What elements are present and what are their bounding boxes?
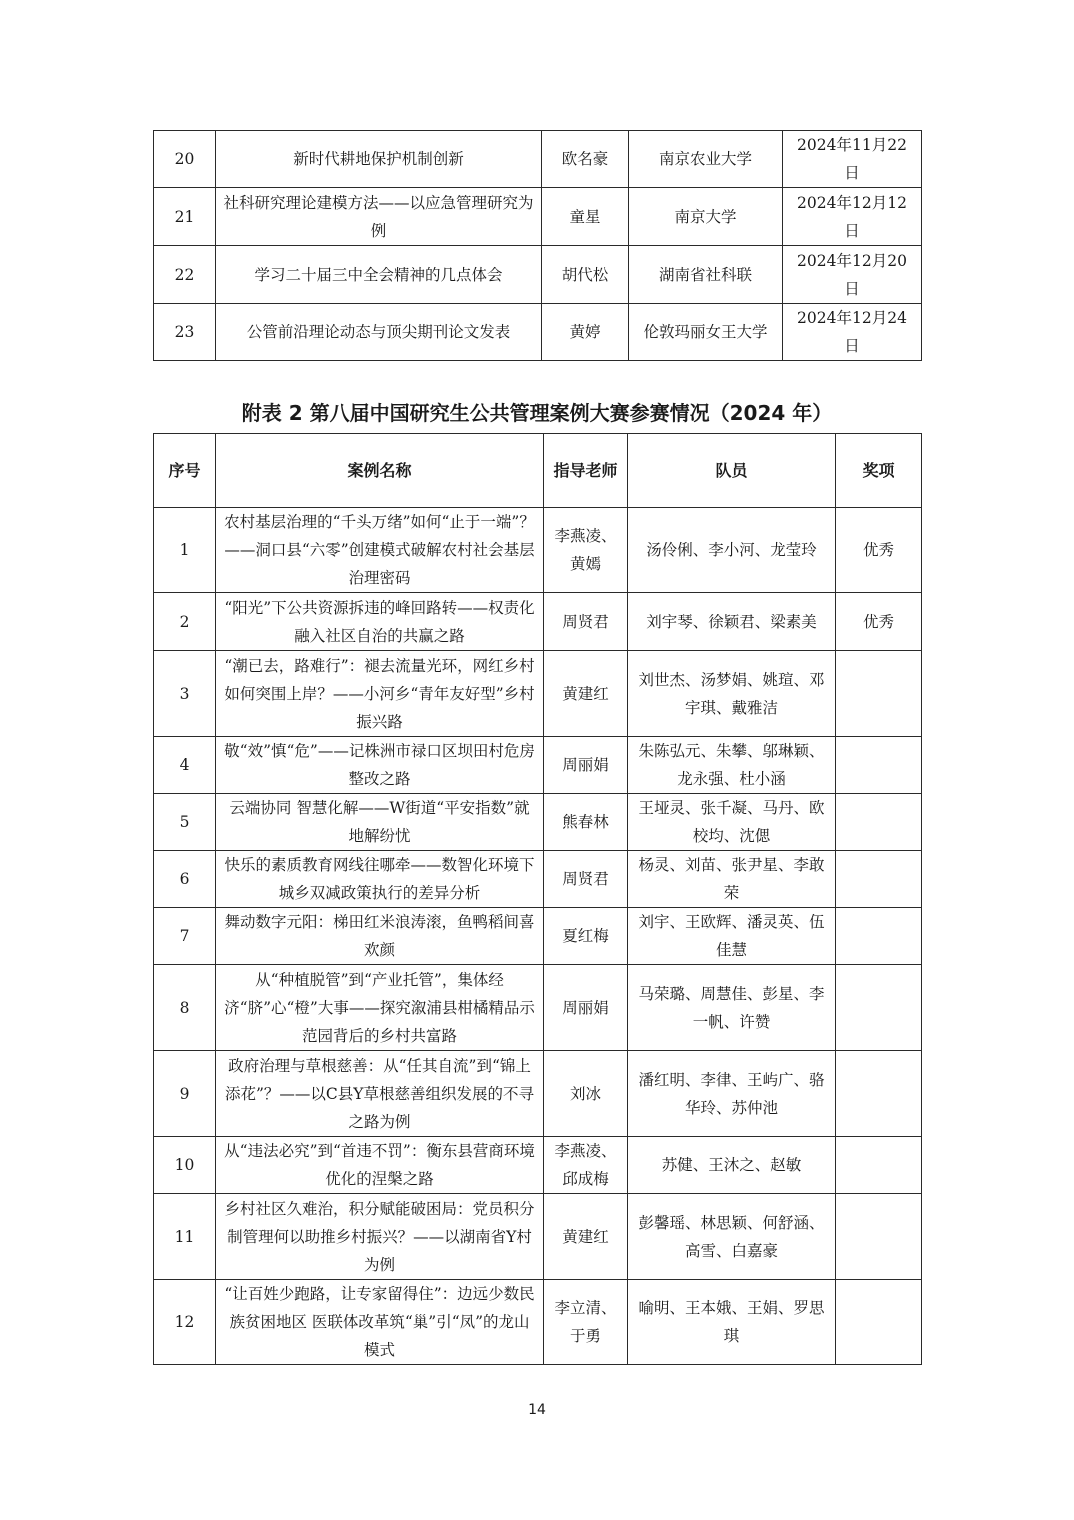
table-row: 9 政府治理与草根慈善：从“任其自流”到“锦上添花”？——以C县Y草根慈善组织发… — [154, 1051, 922, 1137]
members: 朱陈弘元、朱攀、邬琳颖、龙永强、杜小涵 — [628, 737, 836, 794]
table-row: 8 从“种植脱管”到“产业托管”，集体经济“脐”心“橙”大事——探究溆浦县柑橘精… — [154, 965, 922, 1051]
case-name: 政府治理与草根慈善：从“任其自流”到“锦上添花”？——以C县Y草根慈善组织发展的… — [216, 1051, 544, 1137]
award — [836, 737, 922, 794]
lecture-title: 学习二十届三中全会精神的几点体会 — [216, 246, 542, 304]
date: 2024年12月24日 — [783, 304, 922, 361]
award: 优秀 — [836, 508, 922, 593]
row-number: 7 — [154, 908, 216, 965]
advisor: 黄建红 — [544, 1194, 628, 1280]
table-title: 附表 2 第八届中国研究生公共管理案例大赛参赛情况（2024 年） — [153, 398, 921, 428]
row-number: 11 — [154, 1194, 216, 1280]
row-number: 3 — [154, 651, 216, 737]
table-row: 2 “阳光”下公共资源拆违的峰回路转——权责化融入社区自治的共赢之路 周贤君 刘… — [154, 593, 922, 651]
lecture-title: 新时代耕地保护机制创新 — [216, 131, 542, 188]
row-number: 5 — [154, 794, 216, 851]
organization: 南京农业大学 — [629, 131, 783, 188]
row-number: 21 — [154, 188, 216, 246]
table-row: 12 “让百姓少跑路，让专家留得住”：边远少数民族贫困地区 医联体改革筑“巢”引… — [154, 1280, 922, 1365]
members: 彭馨瑶、林思颖、何舒涵、高雪、白嘉豪 — [628, 1194, 836, 1280]
members: 马荣璐、周慧佳、彭星、李一帆、许赞 — [628, 965, 836, 1051]
row-number: 8 — [154, 965, 216, 1051]
row-number: 12 — [154, 1280, 216, 1365]
members: 喻明、王本娥、王娟、罗思琪 — [628, 1280, 836, 1365]
row-number: 22 — [154, 246, 216, 304]
table-row: 5 云端协同 智慧化解——W街道“平安指数”就地解纷忧 熊春林 王垭灵、张千凝、… — [154, 794, 922, 851]
advisor: 刘冰 — [544, 1051, 628, 1137]
table-row: 10 从“违法必究”到“首违不罚”：衡东县营商环境优化的涅槃之路 李燕凌、邱成梅… — [154, 1137, 922, 1194]
table-row: 20 新时代耕地保护机制创新 欧名豪 南京农业大学 2024年11月22日 — [154, 131, 922, 188]
members: 杨灵、刘苗、张尹星、李敢荣 — [628, 851, 836, 908]
row-number: 23 — [154, 304, 216, 361]
table-row: 3 “潮已去，路难行”：褪去流量光环，网红乡村如何突围上岸？——小河乡“青年友好… — [154, 651, 922, 737]
members: 王垭灵、张千凝、马丹、欧校均、沈偲 — [628, 794, 836, 851]
header-members: 队员 — [628, 434, 836, 508]
advisor: 黄建红 — [544, 651, 628, 737]
members: 刘宇琴、徐颖君、梁素美 — [628, 593, 836, 651]
header-row: 序号 案例名称 指导老师 队员 奖项 — [154, 434, 922, 508]
speaker: 欧名豪 — [542, 131, 629, 188]
award — [836, 1280, 922, 1365]
case-name: “潮已去，路难行”：褪去流量光环，网红乡村如何突围上岸？——小河乡“青年友好型”… — [216, 651, 544, 737]
award: 优秀 — [836, 593, 922, 651]
advisor: 周贤君 — [544, 851, 628, 908]
case-name: 快乐的素质教育网线往哪牵——数智化环境下城乡双减政策执行的差异分析 — [216, 851, 544, 908]
row-number: 20 — [154, 131, 216, 188]
advisor: 周贤君 — [544, 593, 628, 651]
case-name: 云端协同 智慧化解——W街道“平安指数”就地解纷忧 — [216, 794, 544, 851]
case-name: 舞动数字元阳：梯田红米浪涛滚，鱼鸭稻间喜欢颜 — [216, 908, 544, 965]
case-competition-table: 序号 案例名称 指导老师 队员 奖项 1 农村基层治理的“千头万绪”如何“止于一… — [153, 433, 922, 1365]
award — [836, 851, 922, 908]
advisor: 夏红梅 — [544, 908, 628, 965]
table-row: 6 快乐的素质教育网线往哪牵——数智化环境下城乡双减政策执行的差异分析 周贤君 … — [154, 851, 922, 908]
award — [836, 794, 922, 851]
case-name: 乡村社区久难治，积分赋能破困局：党员积分制管理何以助推乡村振兴？——以湖南省Y村… — [216, 1194, 544, 1280]
award — [836, 1194, 922, 1280]
table-row: 1 农村基层治理的“千头万绪”如何“止于一端”？——洞口县“六零”创建模式破解农… — [154, 508, 922, 593]
row-number: 10 — [154, 1137, 216, 1194]
lecture-title: 社科研究理论建模方法——以应急管理研究为例 — [216, 188, 542, 246]
organization: 伦敦玛丽女王大学 — [629, 304, 783, 361]
members: 汤伶俐、李小河、龙莹玲 — [628, 508, 836, 593]
case-name: 从“种植脱管”到“产业托管”，集体经济“脐”心“橙”大事——探究溆浦县柑橘精品示… — [216, 965, 544, 1051]
case-name: “阳光”下公共资源拆违的峰回路转——权责化融入社区自治的共赢之路 — [216, 593, 544, 651]
speaker: 胡代松 — [542, 246, 629, 304]
speaker: 黄婷 — [542, 304, 629, 361]
speaker: 童星 — [542, 188, 629, 246]
award — [836, 1051, 922, 1137]
table-row: 7 舞动数字元阳：梯田红米浪涛滚，鱼鸭稻间喜欢颜 夏红梅 刘宇、王欧辉、潘灵英、… — [154, 908, 922, 965]
members: 刘宇、王欧辉、潘灵英、伍佳慧 — [628, 908, 836, 965]
advisor: 周丽娟 — [544, 965, 628, 1051]
row-number: 2 — [154, 593, 216, 651]
case-name: 从“违法必究”到“首违不罚”：衡东县营商环境优化的涅槃之路 — [216, 1137, 544, 1194]
date: 2024年11月22日 — [783, 131, 922, 188]
header-no: 序号 — [154, 434, 216, 508]
header-case: 案例名称 — [216, 434, 544, 508]
case-name: 农村基层治理的“千头万绪”如何“止于一端”？——洞口县“六零”创建模式破解农村社… — [216, 508, 544, 593]
table-row: 22 学习二十届三中全会精神的几点体会 胡代松 湖南省社科联 2024年12月2… — [154, 246, 922, 304]
date: 2024年12月20日 — [783, 246, 922, 304]
row-number: 9 — [154, 1051, 216, 1137]
lecture-title: 公管前沿理论动态与顶尖期刊论文发表 — [216, 304, 542, 361]
row-number: 4 — [154, 737, 216, 794]
award — [836, 1137, 922, 1194]
table-row: 23 公管前沿理论动态与顶尖期刊论文发表 黄婷 伦敦玛丽女王大学 2024年12… — [154, 304, 922, 361]
organization: 南京大学 — [629, 188, 783, 246]
case-name: 敬“效”慎“危”——记株洲市禄口区坝田村危房整改之路 — [216, 737, 544, 794]
table-row: 4 敬“效”慎“危”——记株洲市禄口区坝田村危房整改之路 周丽娟 朱陈弘元、朱攀… — [154, 737, 922, 794]
organization: 湖南省社科联 — [629, 246, 783, 304]
members: 苏健、王沐之、赵敏 — [628, 1137, 836, 1194]
award — [836, 965, 922, 1051]
award — [836, 908, 922, 965]
header-advisor: 指导老师 — [544, 434, 628, 508]
case-name: “让百姓少跑路，让专家留得住”：边远少数民族贫困地区 医联体改革筑“巢”引“凤”… — [216, 1280, 544, 1365]
table-row: 21 社科研究理论建模方法——以应急管理研究为例 童星 南京大学 2024年12… — [154, 188, 922, 246]
award — [836, 651, 922, 737]
advisor: 李立清、于勇 — [544, 1280, 628, 1365]
page-number: 14 — [0, 1402, 1074, 1418]
advisor: 李燕凌、黄嫣 — [544, 508, 628, 593]
advisor: 李燕凌、邱成梅 — [544, 1137, 628, 1194]
row-number: 6 — [154, 851, 216, 908]
seminar-table: 20 新时代耕地保护机制创新 欧名豪 南京农业大学 2024年11月22日 21… — [153, 130, 922, 361]
advisor: 熊春林 — [544, 794, 628, 851]
header-award: 奖项 — [836, 434, 922, 508]
members: 刘世杰、汤梦娟、姚瑄、邓宇琪、戴雅洁 — [628, 651, 836, 737]
members: 潘红明、李律、王屿广、骆华玲、苏仲池 — [628, 1051, 836, 1137]
advisor: 周丽娟 — [544, 737, 628, 794]
table-row: 11 乡村社区久难治，积分赋能破困局：党员积分制管理何以助推乡村振兴？——以湖南… — [154, 1194, 922, 1280]
row-number: 1 — [154, 508, 216, 593]
date: 2024年12月12日 — [783, 188, 922, 246]
